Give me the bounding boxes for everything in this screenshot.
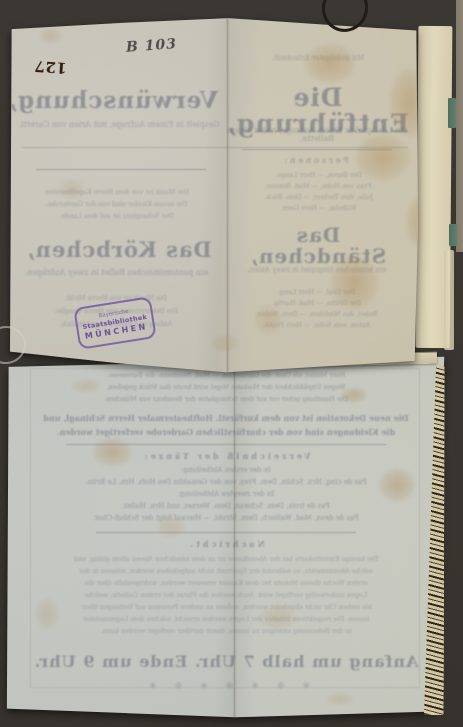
bleed-line: Die Gräfin, — Mad. Hartig. bbox=[224, 300, 409, 307]
bleed-rule bbox=[22, 147, 408, 148]
bleed-line: Nachricht. bbox=[16, 540, 436, 548]
bleed-line: Die Handlung gehet vor auf dem Schauplat… bbox=[16, 396, 436, 403]
bleed-subtitle: Gespielt in Einem Aufzuge, mit Arien von… bbox=[14, 121, 224, 129]
booklet-page-edge bbox=[456, 0, 463, 252]
photograph-of-bound-playbill-verso: Herr Müller, als Gast: die Gärtnerinn. —… bbox=[0, 0, 463, 727]
bleed-line: Pas de deux, Mad. Wallisch, Dem. Strobl.… bbox=[16, 515, 436, 522]
bleed-line: Der Schauplatz ist auf dem Lande. bbox=[14, 213, 219, 220]
bleed-subtitle: ein Lustspiel in Einem Aufzuge, nebst ei… bbox=[222, 127, 412, 144]
stain bbox=[320, 690, 360, 708]
bleed-title: Verwünschung, bbox=[28, 89, 218, 113]
bleed-line: Pas de trois, Dem. Schwan, Dem. Werner, … bbox=[16, 503, 436, 510]
stain bbox=[205, 330, 245, 356]
green-ribbon-fragment bbox=[449, 224, 457, 246]
top-sheet-paper: Verwünschung, Gespielt in Einem Aufzuge,… bbox=[10, 17, 418, 373]
bleed-ornament-row: ✳ ❈ ✳ ❈ ✳ ❈ ✳ bbox=[16, 682, 436, 693]
ink-number-annotation: 127 bbox=[33, 57, 67, 77]
bleed-rule bbox=[96, 532, 356, 533]
bleed-subtitle: ein pantomimisches Ballet in zwey Aufzüg… bbox=[14, 269, 219, 277]
bleed-line: ersten Woche dieses Monats bei dem Kassi… bbox=[24, 580, 428, 587]
pencil-shelfmark: B 103 bbox=[126, 36, 178, 56]
bleed-line: Logen anderweitig verfüget wird. Auch we… bbox=[24, 592, 428, 599]
green-ribbon-fragment bbox=[448, 98, 456, 128]
stain bbox=[36, 24, 66, 48]
top-folded-sheet: Verwünschung, Gespielt in Einem Aufzuge,… bbox=[10, 17, 418, 373]
bleed-line: lassen. Die respektiven Inhaber der Loge… bbox=[24, 616, 428, 623]
bleed-line: Anton, sein Sohn, — Herr Frank. bbox=[224, 322, 409, 329]
bleed-rule bbox=[36, 169, 206, 170]
bleed-line: die Kleidungen sind von der churfürstlic… bbox=[16, 428, 436, 436]
bleed-line: Die Musik ist von dem Herrn Kapellmeiste… bbox=[14, 189, 219, 196]
library-stamp: Bayerische Staatsbibliothek MÜNCHEN bbox=[73, 296, 157, 350]
bleed-line: Der Graf, — Herr Lang. bbox=[224, 289, 409, 296]
bottom-sheet-paper: Herr Müller, als Gast: die Gärtnerinn. —… bbox=[6, 356, 446, 718]
bleed-line: Pas de cinq, Hrn. Schön, Dem. Frey, von … bbox=[16, 479, 436, 486]
bleed-rule bbox=[242, 149, 392, 150]
bleed-line: Der Baron, — Herr Lange. bbox=[226, 172, 411, 179]
bleed-line: Verzeichniß der Tänze: bbox=[16, 452, 436, 460]
bleed-line: Julie, ihre Tochter, — Dem. Böck. bbox=[226, 194, 411, 201]
bleed-line: Die neue Dekoration ist von dem kurfürst… bbox=[16, 414, 436, 422]
bleed-line: Mit gnädigster Erlaubniß. bbox=[238, 55, 398, 62]
bleed-rule bbox=[66, 444, 386, 445]
bleed-line: Babet, das Mädchen, — Dem. Weber. bbox=[224, 311, 409, 318]
bleed-line: Wilhelm, — Herr Gern. bbox=[226, 205, 411, 212]
bleed-line: solche Abonnements, so während der Sperr… bbox=[24, 568, 428, 575]
bleed-line: Die hiesige Eintrittskarte bei der Abend… bbox=[24, 556, 428, 563]
bleed-line: Wegen Unpäßlichkeit der Madame Vogel wir… bbox=[16, 384, 436, 391]
bleed-cast-heading: Personen: bbox=[250, 157, 380, 165]
bottom-folded-sheet: Herr Müller, als Gast: die Gärtnerinn. —… bbox=[6, 356, 446, 718]
bleed-line: Frau von Holm, — Mad. Renner. bbox=[226, 183, 411, 190]
booklet-page-edge bbox=[444, 250, 454, 350]
bleed-line: Die neuen Kleider sind von der Garderobe… bbox=[14, 201, 219, 208]
bleed-subtitle: ein komisches Singspiel in zwey Akten. bbox=[224, 267, 409, 274]
bleed-title: Das Körbchen, bbox=[24, 239, 214, 261]
bleed-title: Das Ständchen, bbox=[238, 225, 398, 267]
bleed-line: in der Behausung anzeigen zu lassen, dam… bbox=[24, 628, 428, 635]
bleed-line: Herr Müller, als Gast: die Gärtnerinn. —… bbox=[16, 372, 436, 379]
bleed-line: In der ersten Abtheilung: bbox=[16, 467, 436, 474]
bleed-line: bis sieben Uhr nicht abgeholet worden, s… bbox=[24, 604, 428, 611]
bleed-closing-line: Anfang um halb 7 Uhr. Ende um 9 Uhr. bbox=[16, 654, 436, 671]
bleed-line: In der zweyten Abtheilung: bbox=[16, 491, 436, 498]
